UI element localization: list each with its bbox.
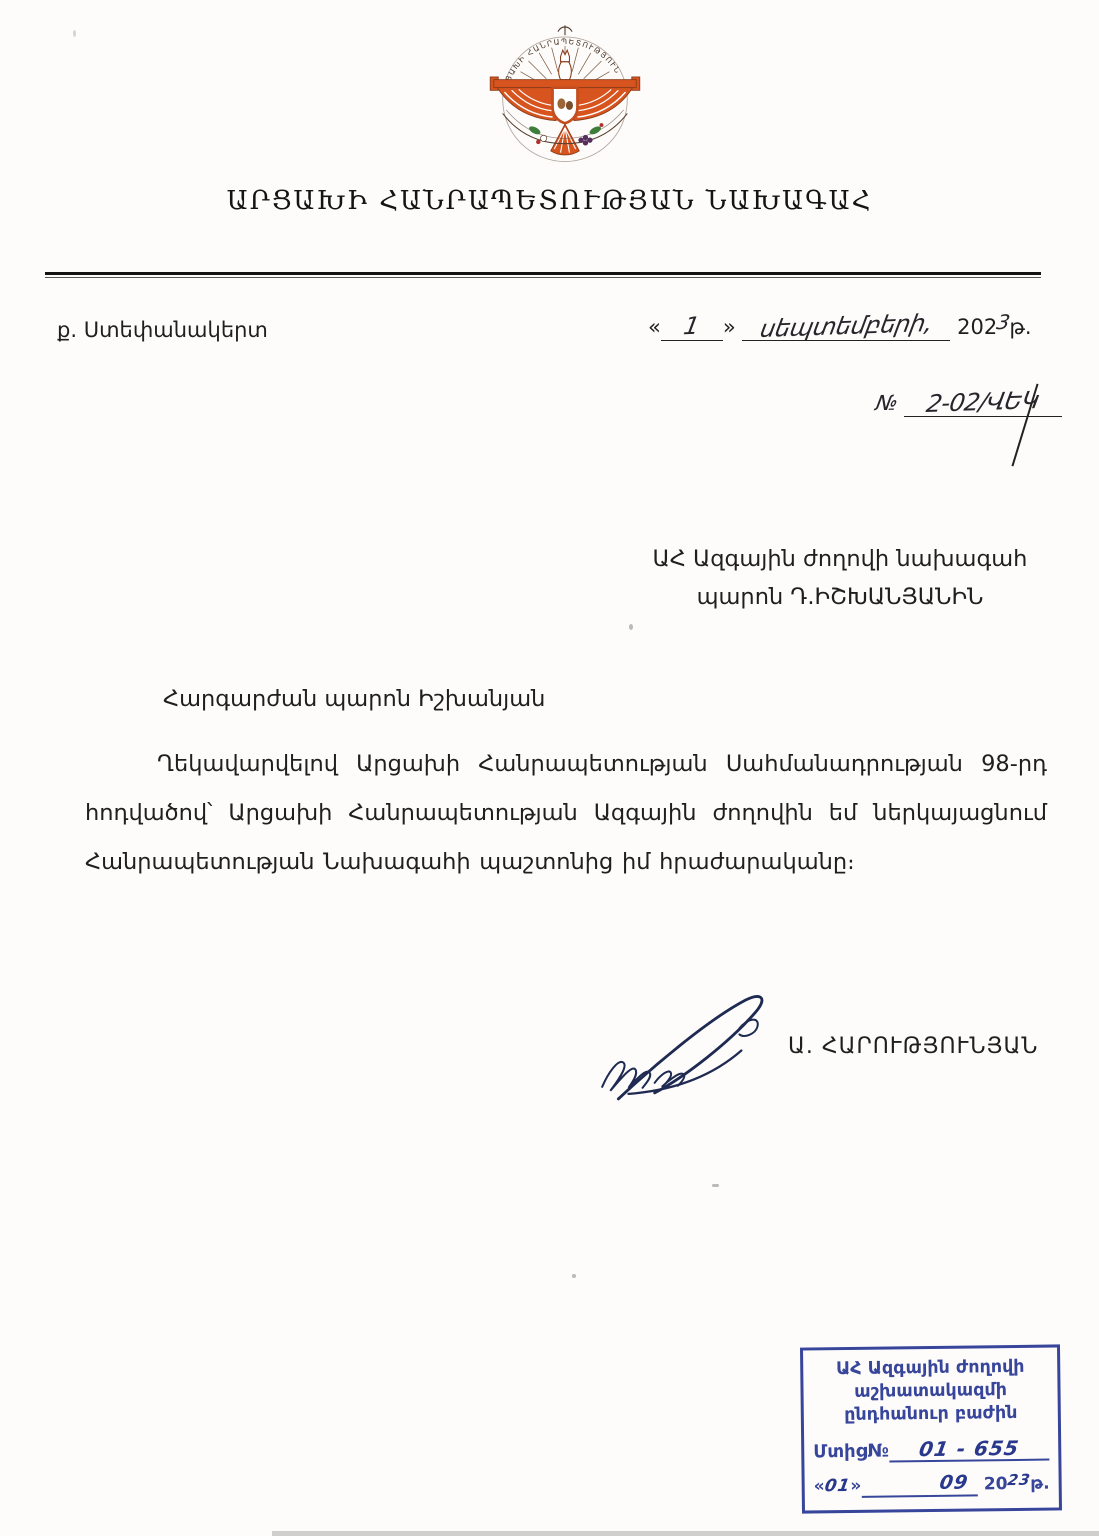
stamp-year-printed: 20 [984, 1473, 1008, 1496]
handwritten-month: սեպտեմբերի, [758, 309, 935, 343]
stamp-entry-row: Մտից№ 01 - 655 [813, 1437, 1049, 1464]
scan-speck [712, 1184, 719, 1187]
scan-speck [629, 624, 633, 630]
letterhead-divider [45, 272, 1041, 278]
year-printed: 202 [957, 315, 997, 339]
emblem-left-wing [497, 88, 556, 121]
addressee-line1: ԱՀ Ազգային ժողովի նախագահ [628, 540, 1052, 578]
emblem-grapes [578, 135, 592, 146]
date-open-quote: « [648, 315, 661, 339]
stamp-entry-label: Մտից№ [813, 1440, 889, 1464]
stamp-date-row: «01» 09 2023թ. [814, 1471, 1050, 1499]
stamp-line2: աշխատակազմի [812, 1379, 1048, 1405]
stamp-handwritten-month: 09 [938, 1472, 970, 1495]
year-suffix: թ. [1009, 315, 1031, 339]
reference-number-line: № 2-02/ՎԵԿ [876, 388, 1062, 417]
artsakh-coat-of-arms-icon: ԱՐՑԱԽԻ ՀԱՆՐԱՊԵՏՈՒԹՅՈՒՆ [476, 20, 654, 182]
stamp-handwritten-year: 23 [1006, 1469, 1033, 1492]
stamp-handwritten-entry-number: 01 - 655 [917, 1437, 1020, 1460]
handwritten-ref-number: 2-02/ՎԵԿ [924, 386, 1042, 418]
signatory-name: Ա. ՀԱՐՈՒԹՅՈՒՆՅԱՆ [788, 1034, 1038, 1059]
emblem-right-wing [574, 88, 633, 121]
scan-edge-shadow [272, 1531, 1099, 1536]
scan-speck [572, 1274, 576, 1278]
signature-scribble-icon [588, 990, 800, 1106]
registry-stamp: ԱՀ Ազգային ժողովի աշխատակազմի ընդհանուր … [800, 1344, 1062, 1513]
place-line: ք. Ստեփանակերտ [57, 318, 268, 342]
ref-label: № [874, 391, 900, 416]
stamp-handwritten-day: 01 [823, 1475, 852, 1498]
date-line: «1» սեպտեմբերի, 2023թ. [648, 312, 1032, 341]
handwritten-day: 1 [682, 312, 702, 340]
stamp-date-close-quote: » [850, 1475, 861, 1498]
stamp-line1: ԱՀ Ազգային ժողովի [812, 1356, 1048, 1382]
date-close-quote: » [723, 315, 736, 339]
stamp-line3: ընդհանուր բաժին [813, 1402, 1049, 1428]
letterhead-title: ԱՐՑԱԽԻ ՀԱՆՐԱՊԵՏՈՒԹՅԱՆ ՆԱԽԱԳԱՀ [0, 186, 1099, 216]
scanned-letter-page: ԱՐՑԱԽԻ ՀԱՆՐԱՊԵՏՈՒԹՅՈՒՆ [0, 0, 1099, 1536]
addressee-block: ԱՀ Ազգային ժողովի նախագահ պարոն Դ.ԻՇԽԱՆՅ… [628, 540, 1052, 616]
addressee-line2: պարոն Դ.ԻՇԽԱՆՅԱՆԻՆ [628, 578, 1052, 616]
body-paragraph: Ղեկավարվելով Արցախի Հանրապետության Սահմա… [85, 740, 1047, 887]
scan-speck [73, 30, 76, 37]
salutation: Հարգարժան պարոն Իշխանյան [163, 686, 545, 712]
stamp-year-suffix: թ. [1030, 1473, 1050, 1496]
